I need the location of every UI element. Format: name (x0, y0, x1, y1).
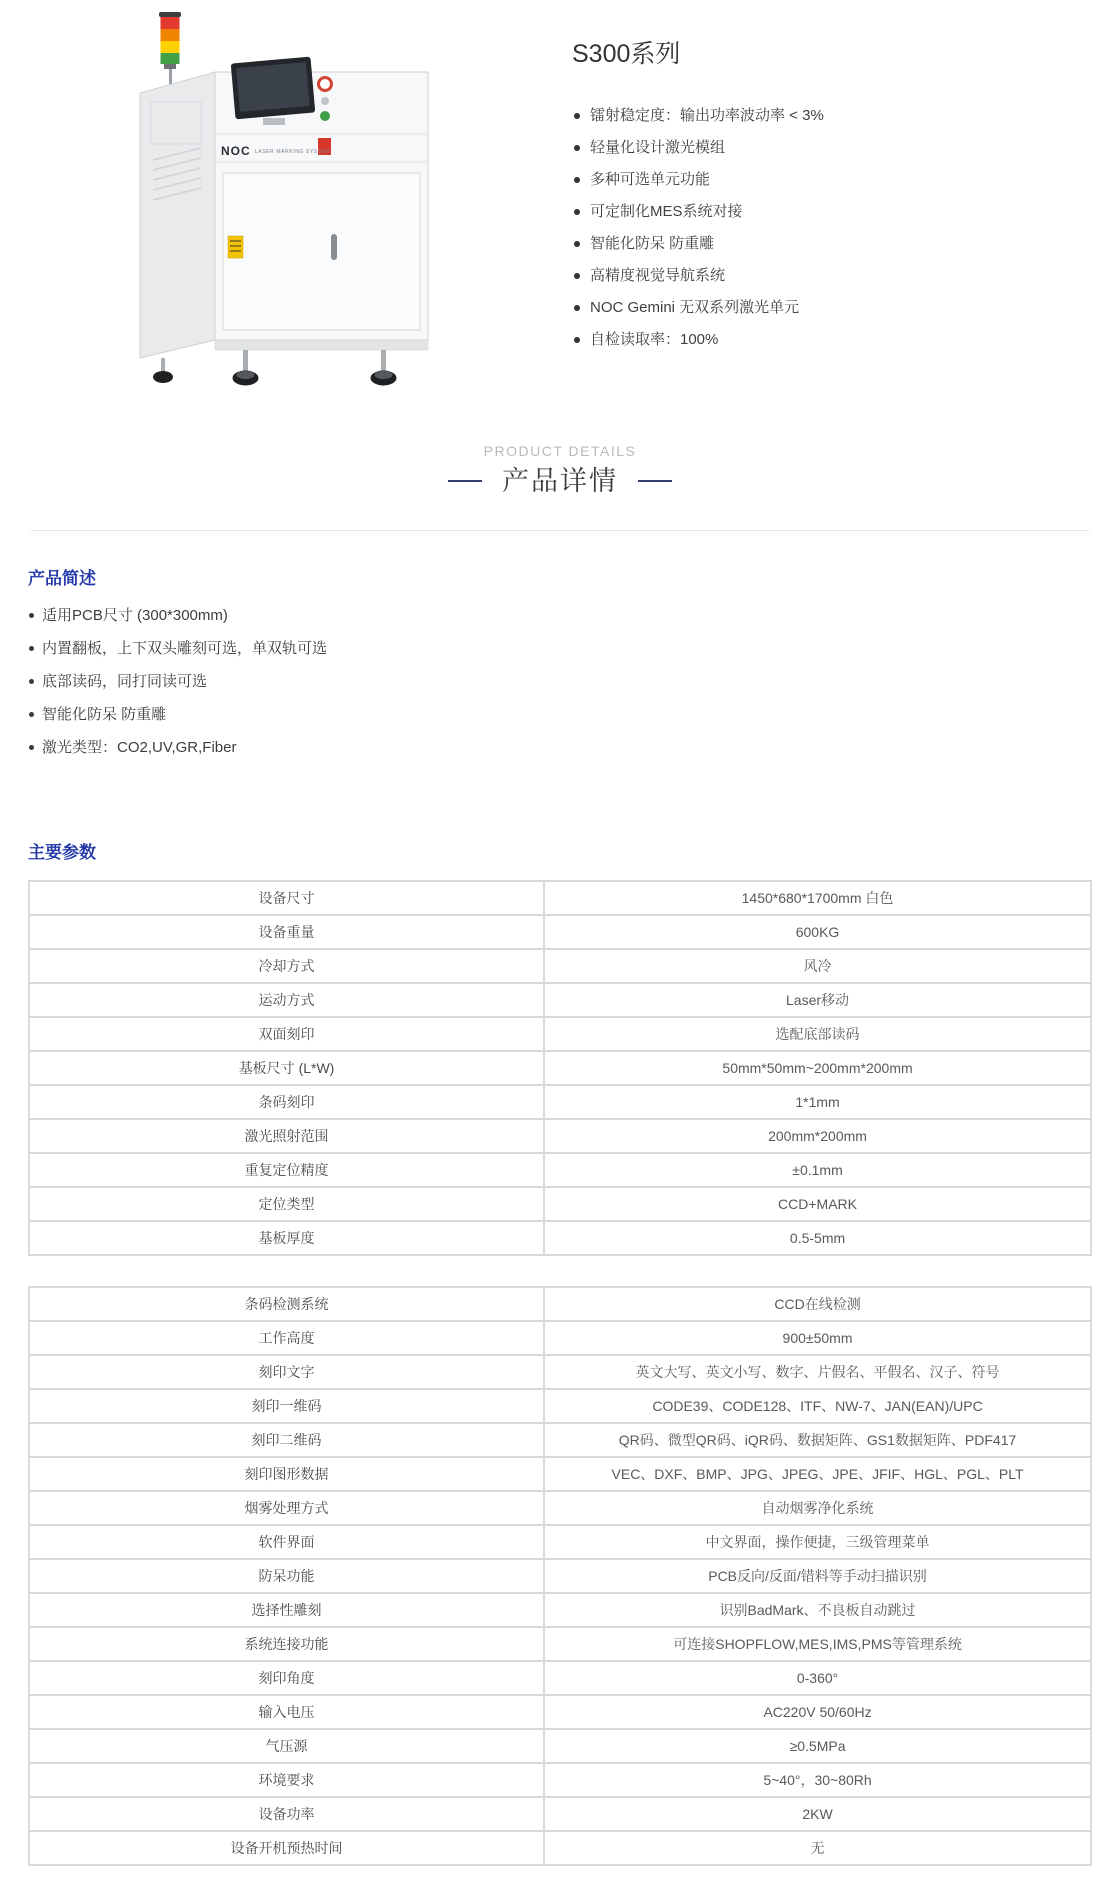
param-value: 可连接SHOPFLOW,MES,IMS,PMS等管理系统 (544, 1627, 1091, 1661)
param-value: 自动烟雾净化系统 (544, 1491, 1091, 1525)
param-value: 选配底部读码 (544, 1017, 1091, 1051)
table-row: 运动方式Laser移动 (29, 983, 1091, 1017)
param-value: 1450*680*1700mm 白色 (544, 881, 1091, 915)
table-row: 软件界面中文界面，操作便捷，三级管理菜单 (29, 1525, 1091, 1559)
param-value: 风冷 (544, 949, 1091, 983)
product-detail-page: NOC LASER MARKING SYSTEM (0, 0, 1120, 1866)
param-value: 中文界面，操作便捷，三级管理菜单 (544, 1525, 1091, 1559)
param-label: 选择性雕刻 (29, 1593, 544, 1627)
feature-item: 高精度视觉导航系统 (572, 266, 1072, 286)
table-row: 基板厚度0.5-5mm (29, 1221, 1091, 1255)
machine-door (223, 173, 420, 330)
table-row: 刻印文字英文大写、英文小写、数字、片假名、平假名、汉子、符号 (29, 1355, 1091, 1389)
machine-brand-text: NOC (221, 144, 251, 158)
param-value: 0-360° (544, 1661, 1091, 1695)
table-row: 刻印一维码CODE39、CODE128、ITF、NW-7、JAN(EAN)/UP… (29, 1389, 1091, 1423)
params-heading: 主要参数 (28, 843, 1092, 863)
param-label: 软件界面 (29, 1525, 544, 1559)
brief-item: 适用PCB尺寸 (300*300mm) (28, 606, 1092, 625)
machine-brand-subtext: LASER MARKING SYSTEM (255, 149, 330, 155)
product-title: S300系列 (572, 40, 1072, 68)
param-label: 设备重量 (29, 915, 544, 949)
param-value: 50mm*50mm~200mm*200mm (544, 1051, 1091, 1085)
product-brief-section: 产品简述 适用PCB尺寸 (300*300mm)内置翻板，上下双头雕刻可选，单双… (28, 569, 1092, 757)
table-row: 设备开机预热时间无 (29, 1831, 1091, 1865)
param-value: 1*1mm (544, 1085, 1091, 1119)
param-label: 冷却方式 (29, 949, 544, 983)
feature-item: 自检读取率：100% (572, 330, 1072, 350)
param-label: 防呆功能 (29, 1559, 544, 1593)
param-label: 激光照射范围 (29, 1119, 544, 1153)
laser-marking-machine-illustration: NOC LASER MARKING SYSTEM (133, 8, 543, 400)
param-value: QR码、微型QR码、iQR码、数据矩阵、GS1数据矩阵、PDF417 (544, 1423, 1091, 1457)
param-value: CCD+MARK (544, 1187, 1091, 1221)
param-label: 设备功率 (29, 1797, 544, 1831)
param-value: CODE39、CODE128、ITF、NW-7、JAN(EAN)/UPC (544, 1389, 1091, 1423)
horizontal-rule (30, 530, 1090, 531)
param-label: 刻印图形数据 (29, 1457, 544, 1491)
feature-list: 镭射稳定度：输出功率波动率 < 3%轻量化设计激光模组多种可选单元功能可定制化M… (572, 106, 1072, 350)
param-label: 基板尺寸 (L*W) (29, 1051, 544, 1085)
param-label: 刻印二维码 (29, 1423, 544, 1457)
param-value: 2KW (544, 1797, 1091, 1831)
hero-section: NOC LASER MARKING SYSTEM (0, 0, 1120, 400)
feature-item: 轻量化设计激光模组 (572, 138, 1072, 158)
divider-dash-right (638, 480, 672, 482)
hero-text-block: S300系列 镭射稳定度：输出功率波动率 < 3%轻量化设计激光模组多种可选单元… (572, 40, 1072, 362)
param-label: 气压源 (29, 1729, 544, 1763)
table-row: 刻印角度0-360° (29, 1661, 1091, 1695)
table-row: 防呆功能PCB反向/反面/错料等手动扫描识别 (29, 1559, 1091, 1593)
brief-item: 底部读码，同打同读可选 (28, 672, 1092, 691)
product-photo: NOC LASER MARKING SYSTEM (133, 8, 543, 400)
param-label: 系统连接功能 (29, 1627, 544, 1661)
param-value: CCD在线检测 (544, 1287, 1091, 1321)
table-row: 条码检测系统CCD在线检测 (29, 1287, 1091, 1321)
table-row: 烟雾处理方式自动烟雾净化系统 (29, 1491, 1091, 1525)
param-label: 双面刻印 (29, 1017, 544, 1051)
table-row: 条码刻印1*1mm (29, 1085, 1091, 1119)
divider-dash-left (448, 480, 482, 482)
param-value: 5~40°，30~80Rh (544, 1763, 1091, 1797)
door-handle-icon (331, 234, 337, 260)
table-row: 选择性雕刻识别BadMark、不良板自动跳过 (29, 1593, 1091, 1627)
param-value: 无 (544, 1831, 1091, 1865)
product-details-divider: PRODUCT DETAILS 产品详情 (0, 400, 1120, 496)
parameter-table-2: 条码检测系统CCD在线检测工作高度900±50mm刻印文字英文大写、英文小写、数… (28, 1286, 1092, 1866)
table-row: 重复定位精度±0.1mm (29, 1153, 1091, 1187)
param-label: 重复定位精度 (29, 1153, 544, 1187)
param-label: 条码刻印 (29, 1085, 544, 1119)
param-label: 环境要求 (29, 1763, 544, 1797)
feature-item: 智能化防呆 防重雕 (572, 234, 1072, 254)
param-label: 设备开机预热时间 (29, 1831, 544, 1865)
param-value: 900±50mm (544, 1321, 1091, 1355)
table-row: 设备功率2KW (29, 1797, 1091, 1831)
brief-heading: 产品简述 (28, 569, 1092, 589)
machine-screen (231, 57, 316, 120)
param-value: VEC、DXF、BMP、JPG、JPEG、JPE、JFIF、HGL、PGL、PL… (544, 1457, 1091, 1491)
param-label: 烟雾处理方式 (29, 1491, 544, 1525)
table-row: 定位类型CCD+MARK (29, 1187, 1091, 1221)
feature-item: 多种可选单元功能 (572, 170, 1072, 190)
param-label: 刻印一维码 (29, 1389, 544, 1423)
param-label: 工作高度 (29, 1321, 544, 1355)
param-value: 200mm*200mm (544, 1119, 1091, 1153)
param-label: 条码检测系统 (29, 1287, 544, 1321)
param-value: 识别BadMark、不良板自动跳过 (544, 1593, 1091, 1627)
divider-en-label: PRODUCT DETAILS (0, 443, 1120, 459)
param-label: 输入电压 (29, 1695, 544, 1729)
param-value: 0.5-5mm (544, 1221, 1091, 1255)
brief-item: 内置翻板，上下双头雕刻可选，单双轨可选 (28, 639, 1092, 658)
param-value: 英文大写、英文小写、数字、片假名、平假名、汉子、符号 (544, 1355, 1091, 1389)
param-value: 600KG (544, 915, 1091, 949)
param-value: ±0.1mm (544, 1153, 1091, 1187)
table-row: 输入电压AC220V 50/60Hz (29, 1695, 1091, 1729)
table-row: 设备尺寸1450*680*1700mm 白色 (29, 881, 1091, 915)
param-label: 设备尺寸 (29, 881, 544, 915)
feature-item: 镭射稳定度：输出功率波动率 < 3% (572, 106, 1072, 126)
table-row: 双面刻印选配底部读码 (29, 1017, 1091, 1051)
param-value: Laser移动 (544, 983, 1091, 1017)
table-row: 冷却方式风冷 (29, 949, 1091, 983)
divider-cn-label: 产品详情 (502, 466, 618, 496)
table-row: 激光照射范围200mm*200mm (29, 1119, 1091, 1153)
param-label: 刻印角度 (29, 1661, 544, 1695)
warning-label-icon (228, 236, 243, 258)
param-label: 基板厚度 (29, 1221, 544, 1255)
param-value: AC220V 50/60Hz (544, 1695, 1091, 1729)
feature-item: NOC Gemini 无双系列激光单元 (572, 298, 1072, 318)
param-label: 运动方式 (29, 983, 544, 1017)
feature-item: 可定制化MES系统对接 (572, 202, 1072, 222)
parameter-table-1: 设备尺寸1450*680*1700mm 白色设备重量600KG冷却方式风冷运动方… (28, 880, 1092, 1256)
param-label: 刻印文字 (29, 1355, 544, 1389)
param-value: ≥0.5MPa (544, 1729, 1091, 1763)
tower-light-icon (159, 12, 181, 88)
brief-item: 智能化防呆 防重雕 (28, 705, 1092, 724)
main-parameters-section: 主要参数 设备尺寸1450*680*1700mm 白色设备重量600KG冷却方式… (28, 843, 1092, 1866)
table-row: 系统连接功能可连接SHOPFLOW,MES,IMS,PMS等管理系统 (29, 1627, 1091, 1661)
brief-list: 适用PCB尺寸 (300*300mm)内置翻板，上下双头雕刻可选，单双轨可选底部… (28, 606, 1092, 757)
table-row: 气压源≥0.5MPa (29, 1729, 1091, 1763)
table-row: 基板尺寸 (L*W)50mm*50mm~200mm*200mm (29, 1051, 1091, 1085)
table-row: 工作高度900±50mm (29, 1321, 1091, 1355)
machine-feet-icon (153, 350, 397, 386)
table-row: 环境要求5~40°，30~80Rh (29, 1763, 1091, 1797)
param-value: PCB反向/反面/错料等手动扫描识别 (544, 1559, 1091, 1593)
table-row: 设备重量600KG (29, 915, 1091, 949)
param-label: 定位类型 (29, 1187, 544, 1221)
brief-item: 激光类型：CO2,UV,GR,Fiber (28, 738, 1092, 757)
table-row: 刻印二维码QR码、微型QR码、iQR码、数据矩阵、GS1数据矩阵、PDF417 (29, 1423, 1091, 1457)
table-row: 刻印图形数据VEC、DXF、BMP、JPG、JPEG、JPE、JFIF、HGL、… (29, 1457, 1091, 1491)
